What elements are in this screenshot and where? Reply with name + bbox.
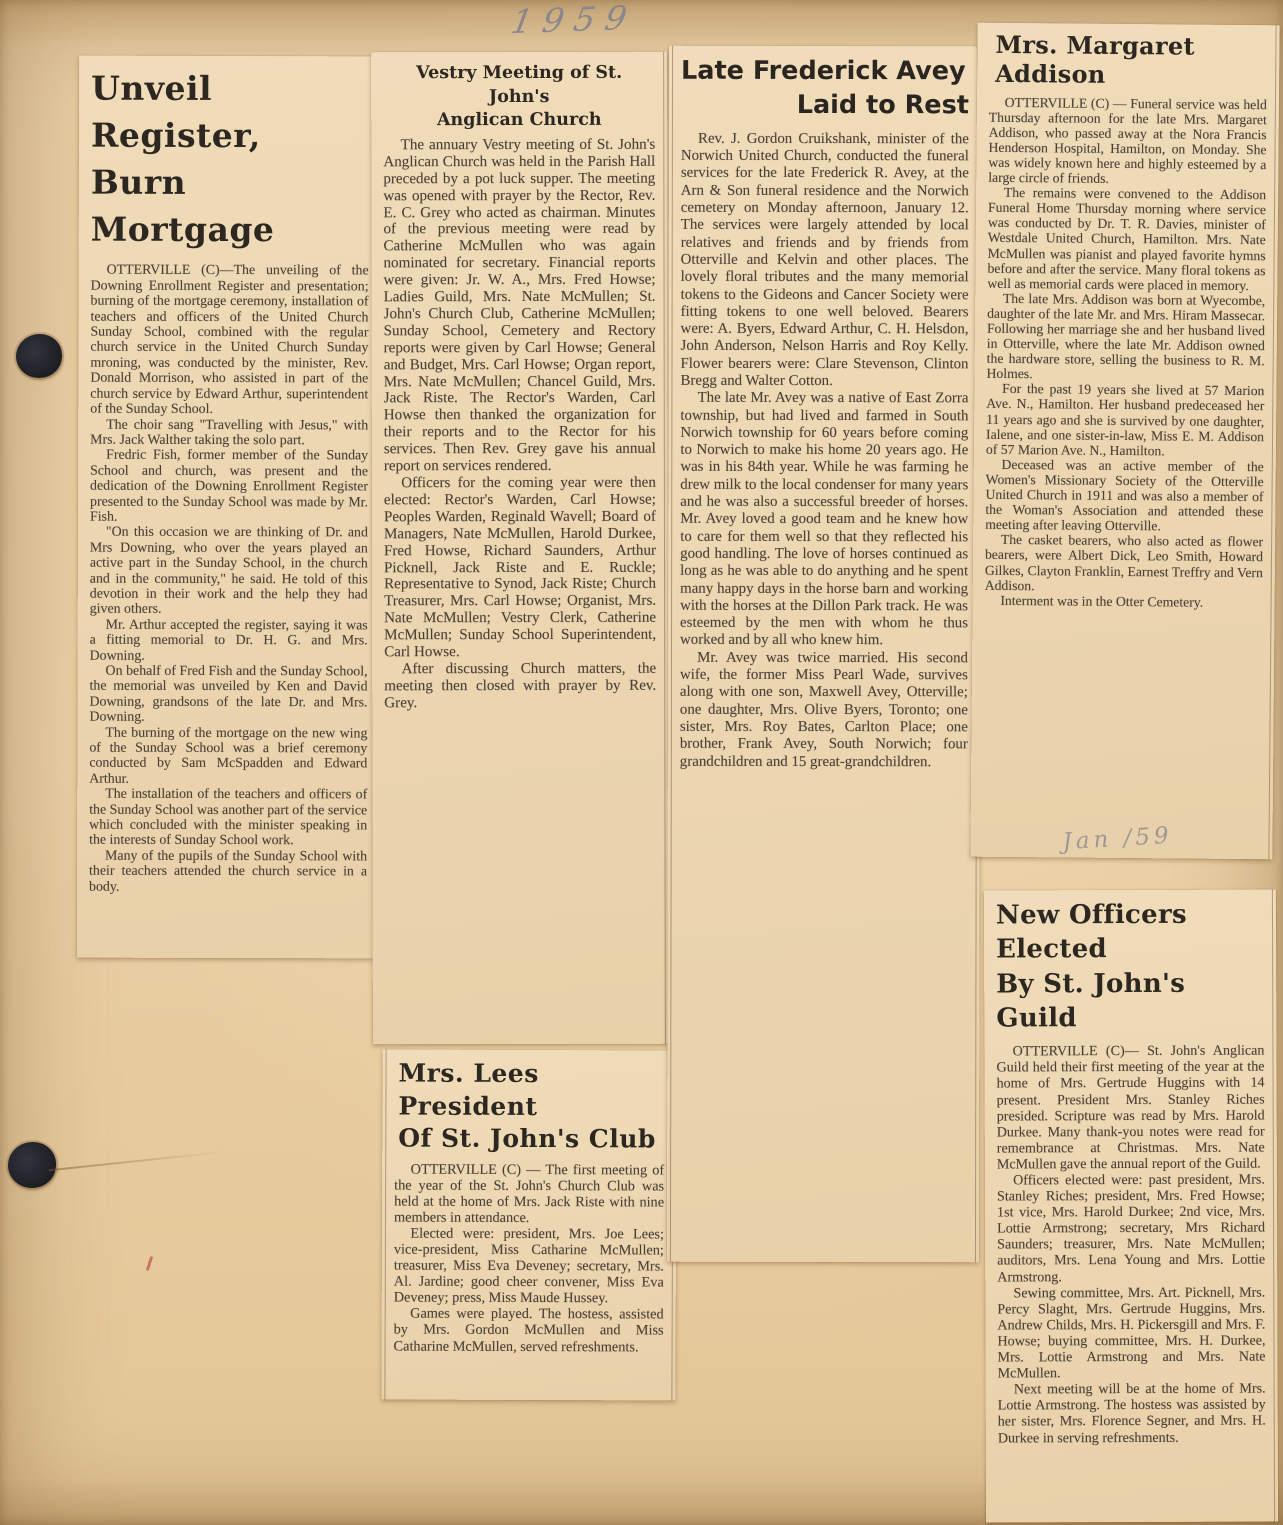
article-paragraph: The late Mrs. Addison was born at Wyecom… [987, 291, 1266, 384]
column-rule [670, 46, 673, 1262]
addison-headline: Mrs. Margaret Addison [995, 31, 1267, 91]
guild-body: OTTERVILLE (C)— St. John's Anglican Guil… [996, 1043, 1265, 1446]
lees-body: OTTERVILLE (C) — The first meeting of th… [394, 1161, 665, 1355]
article-paragraph: "On this occasion we are thinking of Dr.… [90, 525, 368, 618]
lees-headline-line1: Mrs. Lees President [398, 1059, 539, 1121]
clipping-guild-officers: New Officers Elected By St. John's Guild… [984, 889, 1278, 1522]
handwritten-year: 1959 [508, 0, 640, 41]
avey-headline: Late Frederick Avey Laid to Rest [681, 54, 969, 123]
article-paragraph: The installation of the teachers and off… [89, 787, 367, 849]
unveil-body: OTTERVILLE (C)—The unveiling of the Down… [89, 263, 369, 895]
unveil-headline: Unveil Register, Burn Mortgage [91, 66, 369, 254]
unveil-headline-line2: Burn Mortgage [91, 162, 275, 248]
article-paragraph: On behalf of Fred Fish and the Sunday Sc… [89, 664, 367, 726]
article-paragraph: Interment was in the Otter Cemetery. [985, 592, 1263, 610]
article-paragraph: Mr. Avey was twice married. His second w… [680, 649, 968, 771]
vestry-headline-line1: Vestry Meeting of St. John's [416, 63, 622, 107]
article-paragraph: OTTERVILLE (C) — Funeral service was hel… [988, 94, 1267, 187]
red-pen-mark [146, 1256, 153, 1271]
article-paragraph: Rev. J. Gordon Cruikshank, minister of t… [680, 131, 968, 391]
hole-punch-top [16, 334, 62, 378]
clipping-vestry-meeting: Vestry Meeting of St. John's Anglican Ch… [371, 52, 669, 1045]
clipping-lees-president: Mrs. Lees President Of St. John's Club O… [381, 1049, 676, 1400]
paper-crease [48, 1151, 227, 1172]
article-paragraph: Games were played. The hostess, assisted… [394, 1306, 664, 1355]
handwritten-date-note: Jan /59 [1062, 823, 1173, 856]
vestry-body: The annuary Vestry meeting of St. John's… [383, 137, 656, 712]
article-paragraph: The remains were convened to the Addison… [987, 185, 1266, 293]
column-rule [384, 1049, 386, 1399]
article-paragraph: OTTERVILLE (C) — The first meeting of th… [394, 1161, 664, 1226]
unveil-headline-line1: Unveil Register, [91, 69, 261, 155]
article-paragraph: Officers elected were: past president, M… [997, 1172, 1265, 1286]
article-paragraph: The casket bearers, who also acted as fl… [985, 532, 1264, 595]
article-paragraph: Elected were: president, Mrs. Joe Lees; … [394, 1225, 664, 1306]
article-paragraph: Many of the pupils of the Sunday School … [89, 849, 367, 896]
article-paragraph: The burning of the mortgage on the new w… [89, 725, 367, 787]
vestry-headline: Vestry Meeting of St. John's Anglican Ch… [383, 62, 655, 133]
column-rule [1268, 25, 1276, 859]
article-paragraph: OTTERVILLE (C)— St. John's Anglican Guil… [996, 1043, 1264, 1173]
guild-headline: New Officers Elected By St. John's Guild [996, 898, 1264, 1036]
article-paragraph: Fredric Fish, former member of the Sunda… [90, 448, 368, 526]
guild-headline-line2: By St. John's Guild [996, 968, 1185, 1033]
column-rule [1272, 890, 1275, 1522]
article-paragraph: For the past 19 years she lived at 57 Ma… [986, 381, 1265, 459]
clipping-avey-obituary: Late Frederick Avey Laid to Rest Rev. J.… [667, 46, 981, 1263]
scrapbook-page: 1959 Unveil Register, Burn Mortgage OTTE… [0, 0, 1283, 1525]
avey-headline-line2: Laid to Rest [681, 88, 969, 123]
avey-headline-line1: Late Frederick Avey [681, 56, 966, 86]
article-paragraph: OTTERVILLE (C)—The unveiling of the Down… [90, 263, 368, 418]
lees-headline-line2: Of St. John's Club [398, 1124, 656, 1154]
guild-headline-line1: New Officers Elected [996, 900, 1187, 965]
addison-body: OTTERVILLE (C) — Funeral service was hel… [985, 94, 1267, 610]
clipping-addison-obituary: Mrs. Margaret Addison OTTERVILLE (C) — F… [970, 23, 1279, 860]
column-rule [663, 52, 666, 1044]
clipping-unveil-register: Unveil Register, Burn Mortgage OTTERVILL… [77, 56, 381, 959]
article-paragraph: Deceased was an active member of the Wom… [985, 457, 1264, 535]
vestry-headline-line2: Anglican Church [437, 110, 602, 130]
article-paragraph: The choir sang "Travelling with Jesus," … [90, 417, 368, 449]
article-paragraph: Mr. Arthur accepted the register, saying… [90, 617, 368, 664]
article-paragraph: Next meeting will be at the home of Mrs.… [998, 1381, 1266, 1446]
article-paragraph: The late Mr. Avey was a native of East Z… [680, 390, 968, 650]
article-paragraph: After discussing Church matters, the mee… [384, 661, 656, 712]
avey-body: Rev. J. Gordon Cruikshank, minister of t… [680, 131, 969, 771]
lees-headline: Mrs. Lees President Of St. John's Club [394, 1058, 664, 1156]
article-paragraph: Sewing committee, Mrs. Art. Picknell, Mr… [997, 1284, 1265, 1381]
article-paragraph: The annuary Vestry meeting of St. John's… [383, 137, 656, 476]
hole-punch-bottom [8, 1142, 56, 1188]
article-paragraph: Officers for the coming year were then e… [384, 475, 656, 661]
